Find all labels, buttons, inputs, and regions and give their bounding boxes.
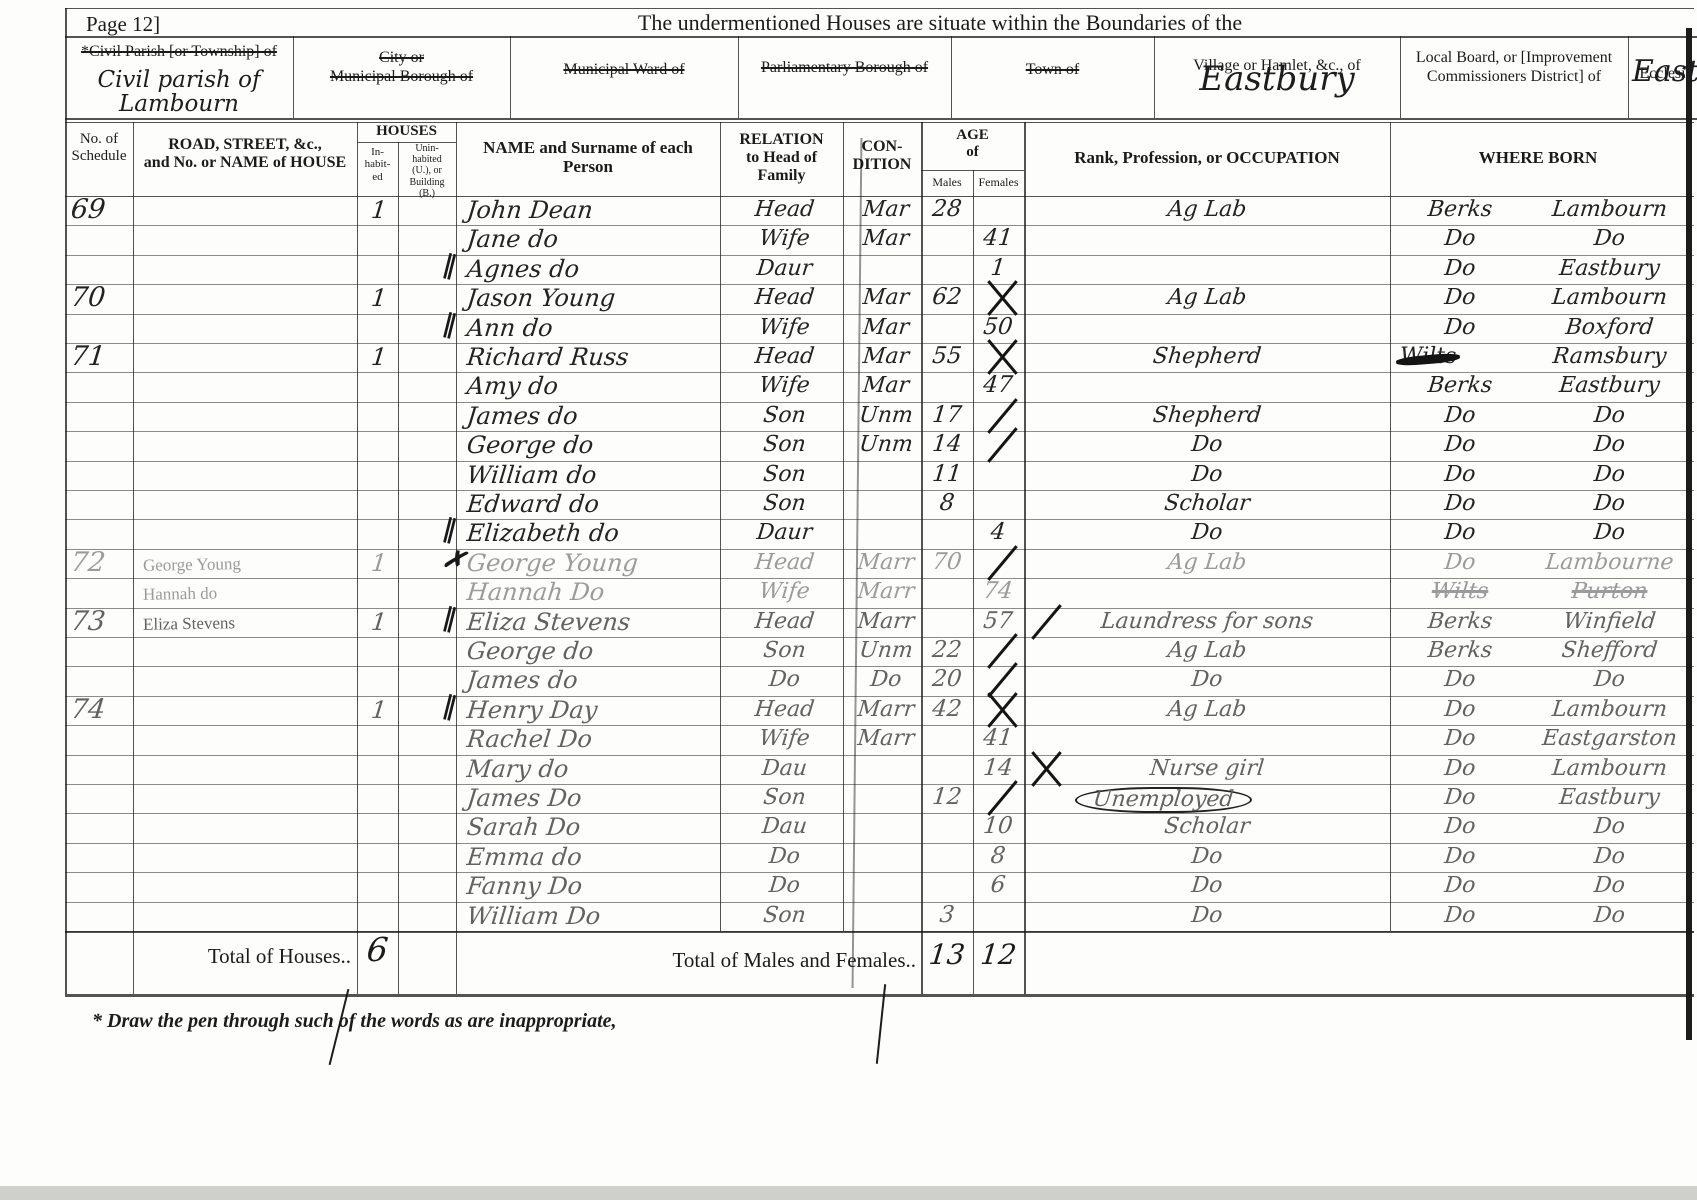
age-female-value: 47 bbox=[974, 374, 1022, 397]
born-county-value: Do bbox=[1399, 405, 1521, 427]
total-houses-label: Total of Houses.. bbox=[133, 944, 351, 968]
page-label: Page 12] bbox=[86, 12, 160, 36]
census-row: ‖Agnes doDaur1DoEastbury bbox=[65, 255, 1694, 285]
person-name: Henry Day bbox=[466, 698, 729, 722]
age-male-value: 14 bbox=[922, 433, 972, 456]
rule-line bbox=[456, 122, 457, 994]
rule-line bbox=[133, 122, 134, 994]
born-county-value: Do bbox=[1399, 699, 1521, 721]
col-header-age: AGE of bbox=[921, 127, 1024, 161]
born-place-value: Do bbox=[1526, 464, 1693, 486]
scan-bottom-margin bbox=[0, 1186, 1697, 1200]
person-name: Sarah Do bbox=[466, 815, 729, 839]
occupation-value: Do bbox=[1023, 846, 1391, 868]
born-county-value: Do bbox=[1399, 522, 1521, 544]
census-row: James doDoDo20DoDoDo bbox=[65, 666, 1694, 696]
born-place-value: Do bbox=[1526, 816, 1693, 838]
born-place-value: Do bbox=[1526, 434, 1693, 456]
census-row: ‖Ann doWifeMar50DoBoxford bbox=[65, 314, 1694, 344]
total-houses-value: 6 bbox=[355, 930, 400, 969]
header-field: *Civil Parish [or Township] ofCivil pari… bbox=[65, 36, 293, 118]
born-place-value: Eastgarston bbox=[1526, 728, 1693, 750]
person-name: Richard Russ bbox=[466, 345, 729, 369]
relation-value: Son bbox=[726, 905, 843, 927]
born-county-value: Do bbox=[1399, 228, 1521, 250]
pencil-note: George Young bbox=[143, 552, 353, 576]
occupation-value: Scholar bbox=[1023, 816, 1391, 838]
census-row: 711Richard RussHeadMar55ShepherdWiltsRam… bbox=[65, 343, 1694, 373]
born-county-value: Do bbox=[1399, 728, 1521, 750]
person-name: George do bbox=[466, 639, 729, 663]
born-county-value: Do bbox=[1399, 464, 1521, 486]
born-county-value: Wilts bbox=[1399, 581, 1521, 603]
age-female-value: 57 bbox=[974, 610, 1022, 633]
person-name: James do bbox=[466, 668, 729, 692]
age-female-value: 10 bbox=[974, 815, 1022, 838]
age-female-value: 4 bbox=[974, 521, 1022, 544]
person-name: Amy do bbox=[466, 374, 729, 398]
age-male-value: 20 bbox=[922, 668, 972, 691]
census-row: 72George Young1✗George YoungHeadMarr70Ag… bbox=[65, 549, 1694, 579]
occupation-value: Unemployed bbox=[1074, 787, 1253, 813]
col-header-uninhabited: Unin- habited (U.), or Building (B.) bbox=[398, 143, 456, 199]
enumerator-check-mark: ‖ bbox=[440, 604, 466, 634]
born-place-value: Lambourn bbox=[1526, 699, 1693, 721]
occupation-value: Ag Lab bbox=[1023, 552, 1391, 574]
age-male-value: 28 bbox=[922, 198, 972, 221]
header-field-label: Local Board, or [Improvement Commissione… bbox=[1400, 48, 1628, 86]
census-row: James doSonUnm17ShepherdDoDo bbox=[65, 402, 1694, 432]
age-male-value: 42 bbox=[922, 698, 972, 721]
header-field-label: Municipal Ward of bbox=[510, 60, 738, 79]
census-row: William doSon11DoDoDo bbox=[65, 461, 1694, 491]
census-row: George doSonUnm14DoDoDo bbox=[65, 431, 1694, 461]
census-row: Sarah DoDau10ScholarDoDo bbox=[65, 813, 1694, 843]
rule-line bbox=[65, 36, 1697, 38]
condition-value: Unm bbox=[849, 434, 923, 456]
person-name: Jane do bbox=[466, 227, 729, 251]
header-field-label: City or Municipal Borough of bbox=[293, 48, 510, 86]
age-male-value: 70 bbox=[922, 551, 972, 574]
person-name: William Do bbox=[466, 904, 729, 928]
relation-value: Son bbox=[726, 405, 843, 427]
total-females-value: 12 bbox=[971, 938, 1025, 971]
enumerator-check-mark: ‖ bbox=[440, 251, 466, 281]
census-row: Fanny DoDo6DoDoDo bbox=[65, 872, 1694, 902]
born-place-value: Winfield bbox=[1526, 611, 1693, 633]
age-female-value: 41 bbox=[974, 227, 1022, 250]
person-name: George do bbox=[466, 433, 729, 457]
total-males-females-label: Total of Males and Females.. bbox=[560, 948, 916, 972]
col-header-females: Females bbox=[973, 176, 1024, 189]
relation-value: Daur bbox=[726, 258, 843, 280]
relation-value: Do bbox=[726, 669, 843, 691]
born-county-value: Wilts bbox=[1400, 344, 1456, 369]
rule-line bbox=[357, 122, 358, 994]
condition-value: Unm bbox=[849, 405, 923, 427]
born-place-value: Eastbury bbox=[1526, 375, 1693, 397]
condition-value: Marr bbox=[849, 699, 923, 721]
rule-line bbox=[398, 142, 399, 994]
condition-value: Marr bbox=[849, 552, 923, 574]
header-field-label: *Civil Parish [or Township] of bbox=[65, 42, 293, 61]
census-row: Amy doWifeMar47BerksEastbury bbox=[65, 372, 1694, 402]
born-place-value: Lambourn bbox=[1526, 758, 1693, 780]
condition-value: Marr bbox=[849, 611, 923, 633]
schedule-number: 72 bbox=[70, 549, 128, 576]
person-name: Eliza Stevens bbox=[466, 610, 729, 634]
census-row: James DoSon12UnemployedDoEastbury bbox=[65, 784, 1694, 814]
pencil-note: Eliza Stevens bbox=[143, 611, 353, 635]
person-name: William do bbox=[466, 463, 729, 487]
enumerator-check-mark: ‖ bbox=[440, 515, 466, 545]
born-county-value: Berks bbox=[1399, 640, 1521, 662]
condition-value: Mar bbox=[849, 375, 923, 397]
occupation-value: Do bbox=[1023, 669, 1391, 691]
schedule-number: 71 bbox=[70, 343, 128, 370]
col-header-occupation: Rank, Profession, or OCCUPATION bbox=[1024, 148, 1390, 167]
occupation-value: Do bbox=[1023, 464, 1391, 486]
col-header-name: NAME and Surname of each Person bbox=[456, 138, 720, 176]
occupation-value: Ag Lab bbox=[1023, 199, 1391, 221]
rule-line bbox=[293, 36, 294, 118]
relation-value: Wife bbox=[726, 581, 843, 603]
rule-line bbox=[1024, 122, 1026, 994]
person-name: James do bbox=[466, 404, 729, 428]
rule-line bbox=[1400, 36, 1401, 118]
occupation-value: Do bbox=[1023, 434, 1391, 456]
born-place-value: Do bbox=[1526, 228, 1693, 250]
age-female-value: 14 bbox=[974, 757, 1022, 780]
col-header-where-born: WHERE BORN bbox=[1390, 148, 1686, 167]
enumerator-check-mark: ‖ bbox=[440, 692, 466, 722]
age-female-value: 41 bbox=[974, 727, 1022, 750]
total-males-value: 13 bbox=[919, 938, 974, 971]
born-county-value: Do bbox=[1399, 258, 1521, 280]
relation-value: Head bbox=[726, 699, 843, 721]
col-header-schedule: No. of Schedule bbox=[65, 131, 133, 165]
header-field: Parliamentary Borough of bbox=[738, 36, 951, 118]
occupation-value: Ag Lab bbox=[1023, 640, 1391, 662]
born-county-value: Berks bbox=[1399, 375, 1521, 397]
born-place-value: Do bbox=[1526, 522, 1693, 544]
relation-value: Head bbox=[726, 346, 843, 368]
age-male-value: 55 bbox=[922, 345, 972, 368]
born-place-value: Do bbox=[1526, 905, 1693, 927]
age-male-value: 17 bbox=[922, 404, 972, 427]
rule-line bbox=[357, 142, 456, 143]
schedule-number: 70 bbox=[70, 284, 128, 311]
houses-inhabited-value: 1 bbox=[358, 698, 401, 722]
born-place-value: Boxford bbox=[1526, 317, 1693, 339]
condition-value: Unm bbox=[849, 640, 923, 662]
person-name: Jason Young bbox=[466, 286, 729, 310]
born-place-value: Purton bbox=[1526, 581, 1693, 603]
relation-value: Dau bbox=[726, 816, 843, 838]
occupation-value: Laundress for sons bbox=[1023, 611, 1391, 633]
age-female-value: 50 bbox=[974, 316, 1022, 339]
header-field: City or Municipal Borough of bbox=[293, 36, 510, 118]
born-place-value: Eastbury bbox=[1526, 258, 1693, 280]
relation-value: Wife bbox=[726, 317, 843, 339]
header-field-label: Parliamentary Borough of bbox=[738, 58, 951, 77]
page-title: The undermentioned Houses are situate wi… bbox=[560, 10, 1320, 35]
born-place-value: Shefford bbox=[1526, 640, 1693, 662]
born-county-value: Do bbox=[1399, 493, 1521, 515]
person-name: Mary do bbox=[466, 757, 729, 781]
born-county-value: Do bbox=[1399, 787, 1521, 809]
person-name: Edward do bbox=[466, 492, 729, 516]
col-header-road-street: ROAD, STREET, &c., and No. or NAME of HO… bbox=[133, 136, 357, 172]
header-field: Village or Hamlet, &c., ofEastbury bbox=[1154, 36, 1400, 118]
rule-line bbox=[951, 36, 952, 118]
census-row: Rachel DoWifeMarr41DoEastgarston bbox=[65, 725, 1694, 755]
occupation-value: Nurse girl bbox=[1023, 758, 1391, 780]
born-county-value: Do bbox=[1399, 846, 1521, 868]
born-county-value: Do bbox=[1399, 905, 1521, 927]
header-field-value: Civil parish of Lambourn bbox=[65, 68, 293, 116]
born-county-value: Do bbox=[1399, 552, 1521, 574]
rule-line bbox=[65, 196, 1694, 197]
relation-value: Wife bbox=[726, 728, 843, 750]
header-field-value: Eastbury bbox=[1154, 62, 1400, 98]
rule-line bbox=[921, 122, 923, 994]
born-county-value: Do bbox=[1399, 758, 1521, 780]
schedule-number: 69 bbox=[70, 196, 128, 223]
born-county-value: Do bbox=[1399, 669, 1521, 691]
rule-line bbox=[1628, 36, 1629, 118]
relation-value: Son bbox=[726, 640, 843, 662]
header-field: Local Board, or [Improvement Commissione… bbox=[1400, 36, 1628, 118]
rule-line bbox=[65, 8, 1694, 9]
pen-slash-mark bbox=[987, 427, 1018, 463]
occupation-value: Do bbox=[1023, 875, 1391, 897]
rule-line bbox=[1154, 36, 1155, 118]
occupation-value: Shepherd bbox=[1023, 405, 1391, 427]
col-header-inhabited: In- habit- ed bbox=[357, 146, 398, 183]
header-field: Municipal Ward of bbox=[510, 36, 738, 118]
born-county-value: Do bbox=[1399, 317, 1521, 339]
age-female-value: 74 bbox=[974, 580, 1022, 603]
rule-line bbox=[973, 170, 974, 994]
relation-value: Do bbox=[726, 846, 843, 868]
relation-value: Wife bbox=[726, 375, 843, 397]
rule-line bbox=[65, 931, 1694, 933]
condition-value: Do bbox=[849, 669, 923, 691]
relation-value: Daur bbox=[726, 522, 843, 544]
born-place-value: Lambourne bbox=[1526, 552, 1693, 574]
born-county-value: Do bbox=[1399, 287, 1521, 309]
born-place-value: Lambourn bbox=[1526, 199, 1693, 221]
census-row: 691John DeanHeadMar28Ag LabBerksLambourn bbox=[65, 196, 1694, 226]
rule-line bbox=[843, 122, 844, 931]
born-place-value: Lambourn bbox=[1526, 287, 1693, 309]
census-row: 73Eliza Stevens1‖Eliza StevensHeadMarr57… bbox=[65, 608, 1694, 638]
relation-value: Do bbox=[726, 875, 843, 897]
col-header-males: Males bbox=[921, 176, 973, 189]
relation-value: Head bbox=[726, 287, 843, 309]
occupation-value: Do bbox=[1023, 522, 1391, 544]
relation-value: Head bbox=[726, 611, 843, 633]
person-name: Fanny Do bbox=[466, 874, 729, 898]
rule-line bbox=[1390, 122, 1391, 931]
pen-slash-mark bbox=[987, 780, 1018, 816]
houses-inhabited-value: 1 bbox=[358, 551, 401, 575]
occupation-value: Ag Lab bbox=[1023, 287, 1391, 309]
born-place-value: Do bbox=[1526, 405, 1693, 427]
schedule-number: 73 bbox=[70, 608, 128, 635]
born-county-value: Do bbox=[1399, 816, 1521, 838]
person-name: Elizabeth do bbox=[466, 521, 729, 545]
census-row: William DoSon3DoDoDo bbox=[65, 902, 1694, 932]
census-row: George doSonUnm22Ag LabBerksShefford bbox=[65, 637, 1694, 667]
person-name: Agnes do bbox=[466, 257, 729, 281]
age-male-value: 3 bbox=[922, 904, 972, 927]
enumerator-check-mark: ‖ bbox=[440, 310, 466, 340]
rule-line bbox=[720, 122, 721, 931]
person-name: James Do bbox=[466, 786, 729, 810]
relation-value: Son bbox=[726, 787, 843, 809]
born-county-value: Berks bbox=[1399, 611, 1521, 633]
born-place-value: Ramsbury bbox=[1526, 346, 1693, 368]
condition-value: Marr bbox=[849, 581, 923, 603]
rule-line bbox=[65, 8, 67, 994]
col-header-relation: RELATION to Head of Family bbox=[720, 131, 843, 185]
rule-line bbox=[65, 118, 1697, 120]
census-row: ‖Elizabeth doDaur4DoDoDo bbox=[65, 519, 1694, 549]
born-place-value: Do bbox=[1526, 669, 1693, 691]
census-row: Edward doSon8ScholarDoDo bbox=[65, 490, 1694, 520]
header-field: Town of bbox=[951, 36, 1154, 118]
relation-value: Son bbox=[726, 493, 843, 515]
pen-slash-mark bbox=[987, 545, 1018, 581]
census-scan-page: Page 12] The undermentioned Houses are s… bbox=[0, 0, 1697, 1200]
relation-value: Head bbox=[726, 199, 843, 221]
age-male-value: 11 bbox=[922, 463, 972, 486]
houses-inhabited-value: 1 bbox=[358, 286, 401, 310]
occupation-value: Do bbox=[1023, 905, 1391, 927]
census-row: Mary doDau14Nurse girlDoLambourn bbox=[65, 755, 1694, 785]
census-row: 701Jason YoungHeadMar62Ag LabDoLambourn bbox=[65, 284, 1694, 314]
rule-line bbox=[65, 122, 1694, 123]
occupation-value: Shepherd bbox=[1023, 346, 1391, 368]
person-name: George Young bbox=[466, 551, 729, 575]
occupation-value: Ag Lab bbox=[1023, 699, 1391, 721]
census-row: Emma doDo8DoDoDo bbox=[65, 843, 1694, 873]
occupation-value: Scholar bbox=[1023, 493, 1391, 515]
relation-value: Dau bbox=[726, 758, 843, 780]
pencil-note: Hannah do bbox=[143, 581, 353, 605]
person-name: Rachel Do bbox=[466, 727, 729, 751]
relation-value: Son bbox=[726, 464, 843, 486]
age-male-value: 62 bbox=[922, 286, 972, 309]
age-female-value: 1 bbox=[974, 257, 1022, 280]
born-place-value: Do bbox=[1526, 846, 1693, 868]
age-male-value: 22 bbox=[922, 639, 972, 662]
condition-value: Marr bbox=[849, 728, 923, 750]
age-male-value: 12 bbox=[922, 786, 972, 809]
header-field-label: Town of bbox=[951, 60, 1154, 79]
census-row: Hannah doHannah DoWifeMarr74WiltsPurton bbox=[65, 578, 1694, 608]
houses-inhabited-value: 1 bbox=[358, 345, 401, 369]
scan-edge-bar bbox=[1686, 28, 1692, 1040]
census-row: 741‖Henry DayHeadMarr42Ag LabDoLambourn bbox=[65, 696, 1694, 726]
footnote: * Draw the pen through such of the words… bbox=[92, 1010, 617, 1033]
person-name: Emma do bbox=[466, 845, 729, 869]
age-female-value: 6 bbox=[974, 874, 1022, 897]
relation-value: Wife bbox=[726, 228, 843, 250]
col-header-houses: HOUSES bbox=[357, 123, 456, 140]
relation-value: Head bbox=[726, 552, 843, 574]
census-row: Jane doWifeMar41DoDo bbox=[65, 225, 1694, 255]
col-header-condition: CON- DITION bbox=[843, 138, 921, 174]
born-place-value: Do bbox=[1526, 493, 1693, 515]
rule-line bbox=[65, 994, 1694, 997]
age-female-value: 8 bbox=[974, 845, 1022, 868]
relation-value: Son bbox=[726, 434, 843, 456]
person-name: Hannah Do bbox=[466, 580, 729, 604]
person-name: Ann do bbox=[466, 316, 729, 340]
born-place-value: Do bbox=[1526, 875, 1693, 897]
schedule-number: 74 bbox=[70, 696, 128, 723]
rule-line bbox=[510, 36, 511, 118]
born-county-value: Berks bbox=[1399, 199, 1521, 221]
person-name: John Dean bbox=[466, 198, 729, 222]
enumerator-check-mark: ✗ bbox=[440, 545, 466, 575]
born-county-value: Do bbox=[1399, 875, 1521, 897]
houses-inhabited-value: 1 bbox=[358, 198, 401, 222]
rule-line bbox=[738, 36, 739, 118]
born-place-value: Eastbury bbox=[1526, 787, 1693, 809]
houses-inhabited-value: 1 bbox=[358, 610, 401, 634]
age-male-value: 8 bbox=[922, 492, 972, 515]
born-county-value: Do bbox=[1399, 434, 1521, 456]
